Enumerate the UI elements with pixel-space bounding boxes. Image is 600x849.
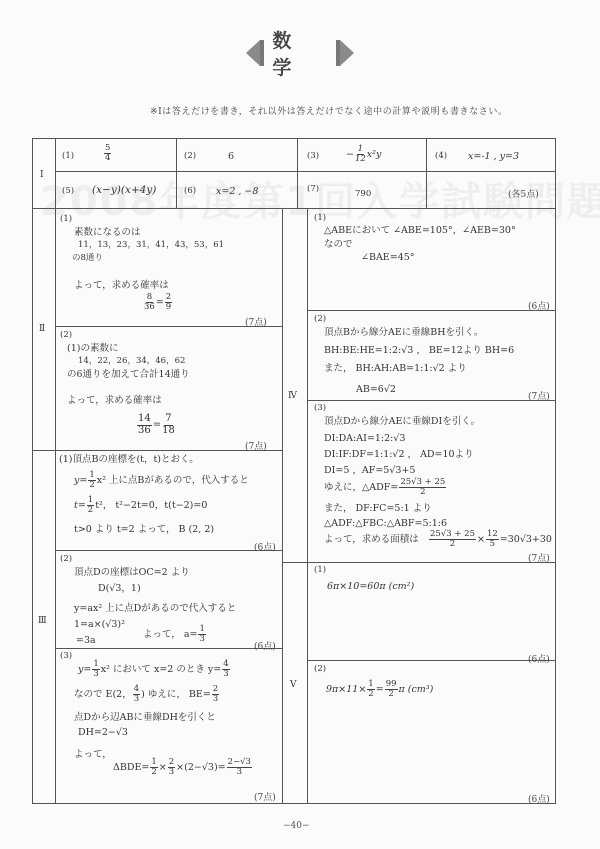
text-line: t>0 より t=2 よって， B (2, 2)	[74, 525, 214, 535]
answer-value: 790	[355, 190, 371, 199]
fraction: 54	[104, 144, 111, 163]
section4-label: Ⅳ	[288, 391, 297, 401]
section1-bottom	[32, 208, 555, 209]
text-line: また， BH:AH:AB=1:1:√2 より	[324, 364, 467, 374]
question-number: (2)	[314, 665, 326, 674]
text-line: なので E(2，43) ゆえに， BE=23	[74, 685, 220, 704]
answer-number: (1)	[62, 152, 74, 161]
answer-value: x=-1 , y=3	[468, 152, 519, 162]
page-number: −40−	[283, 821, 310, 831]
points: (6点)	[254, 639, 276, 652]
text-line: よって，	[74, 750, 112, 760]
question-number: (2)	[60, 331, 72, 340]
question-number: (3)	[314, 404, 326, 413]
section1-row-divider	[55, 171, 555, 172]
volume-expression: 9π×11×12=992π (cm³)	[326, 680, 433, 699]
section2-label: Ⅱ	[39, 324, 45, 334]
question-number: (1)	[314, 214, 326, 223]
area-expression: 25√3 + 252×125=30√3+30	[428, 530, 552, 549]
text-line: 6π×10=60π (cm²)	[327, 582, 414, 592]
table-border-top	[32, 138, 555, 139]
answer-number: (2)	[184, 152, 196, 161]
section5-q-divider	[307, 660, 555, 661]
table-border-left	[32, 138, 33, 804]
points: (7点)	[245, 439, 267, 452]
text-line: y=ax² 上に点Dがあるので代入すると	[74, 604, 236, 614]
question-number: (1)	[60, 215, 72, 224]
answer-value: (x−y)(x+4y)	[92, 185, 156, 196]
probability-expression: 836=29	[143, 293, 173, 312]
text-line: よって，求める確率は	[67, 396, 162, 406]
points: (6点)	[528, 792, 550, 805]
right-arrow-icon	[340, 40, 354, 66]
section3-label: Ⅲ	[38, 616, 47, 626]
answer-number: (5)	[62, 187, 74, 196]
text-line: なので	[324, 240, 353, 250]
points: (7点)	[528, 389, 550, 402]
section4-bottom	[282, 562, 555, 563]
points: (6点)	[528, 299, 550, 312]
text-line: の8通り	[72, 254, 103, 263]
text-line: DH=2−√3	[78, 728, 128, 738]
section1-label: Ⅰ	[40, 170, 44, 180]
left-arrow-icon	[246, 40, 260, 66]
text-line: 1=a×(√3)²	[74, 620, 125, 630]
points: (6点)	[528, 652, 550, 665]
section1-col-divider-3	[426, 138, 427, 208]
text-line: (1)の素数に	[67, 344, 118, 354]
text-line: よって，求める確率は	[74, 281, 169, 291]
answer-number: (3)	[307, 152, 319, 161]
text-line: DI:IF:DF=1:1:√2 ， AD=10より	[324, 450, 474, 460]
question-number: (2)	[314, 315, 326, 324]
answer-number: (4)	[435, 152, 447, 161]
text-line: AB=6√2	[356, 385, 396, 395]
text-line: 頂点Dの座標はOC=2 より	[74, 568, 190, 578]
section3-q2-divider	[55, 648, 282, 649]
fraction: 112	[355, 145, 366, 164]
middle-divider	[282, 208, 283, 804]
text-line: ゆえに，△ADF=25√3 + 252	[324, 478, 447, 497]
points: (6点)	[254, 540, 276, 553]
text-line: 14，22，26，34，46，62	[78, 357, 185, 366]
text-line: よって， a=13	[143, 625, 207, 644]
question-number: (1)	[314, 566, 326, 575]
text-line: D(√3，1)	[98, 584, 141, 594]
section1-col-divider-1	[176, 138, 177, 208]
table-border-right	[555, 138, 556, 804]
points: (7点)	[245, 315, 267, 328]
answer-value: 6	[228, 152, 234, 162]
answer-value: x=2 , −8	[216, 187, 258, 197]
table-border-bottom	[32, 803, 556, 804]
text-line: =3a	[76, 636, 96, 646]
text-line: 素数になるのは	[74, 228, 141, 238]
text-line: 頂点Dから線分AEに垂線DIを引く。	[324, 417, 480, 427]
answer-number: (6)	[184, 187, 196, 196]
text-line: y=13x² において x=2 のとき y=43	[78, 660, 231, 679]
question-number: (2)	[60, 555, 72, 564]
text-line: 11，13，23，31，41，43，53，61	[78, 241, 224, 250]
section1-col-divider-2	[297, 138, 298, 208]
section1-points: (各5点)	[508, 187, 539, 200]
text-line: (1)頂点Bの座標を(t，t)とおく。	[59, 455, 199, 465]
page-title-banner: 数 学	[246, 38, 354, 68]
points: (7点)	[254, 790, 276, 803]
text-line: BH:BE:HE=1:2:√3 ， BE=12より BH=6	[324, 346, 514, 356]
section4-q2-divider	[307, 400, 555, 401]
text-line: また， DF:FC=5:1 より	[324, 504, 432, 514]
text-line: ∠BAE=45°	[361, 253, 415, 263]
question-number: (3)	[60, 652, 72, 661]
text-line: △ABEにおいて ∠ABE=105°，∠AEB=30°	[324, 226, 516, 236]
text-line: 点Dから辺ABに垂線DHを引くと	[74, 713, 216, 723]
right-label-column-divider	[307, 208, 308, 804]
text-line: の6通りを加えて合計14通り	[67, 370, 190, 380]
label-column-divider	[55, 138, 56, 804]
section5-label: Ⅴ	[290, 680, 297, 690]
text-line: t=12t²， t²−2t=0，t(t−2)=0	[74, 496, 207, 515]
text-line: よって，求める面積は	[324, 535, 419, 545]
text-line: DI=5 ，AF=5√3+5	[324, 466, 415, 476]
section4-q1-divider	[307, 310, 555, 311]
section3-q1-divider	[55, 550, 282, 551]
answer-number: (7)	[307, 185, 319, 194]
text-line: 頂点Bから線分AEに垂線BHを引く。	[324, 328, 483, 338]
probability-expression: 1436=718	[136, 414, 176, 436]
text-line: y=12x² 上に点Bがあるので，代入すると	[74, 471, 249, 490]
points: (7点)	[528, 551, 550, 564]
instruction-text: ※Ⅰは答えだけを書き，それ以外は答えだけでなく途中の計算や説明も書きなさい。	[150, 104, 508, 117]
page-title: 数 学	[264, 26, 335, 80]
text-line: △ADF:△FBC:△ABF=5:1:6	[324, 519, 447, 529]
area-expression: ΔBDE=12×23×(2−√3)=2−√33	[113, 758, 253, 777]
text-line: DI:DA:AI=1:2:√3	[324, 434, 405, 444]
